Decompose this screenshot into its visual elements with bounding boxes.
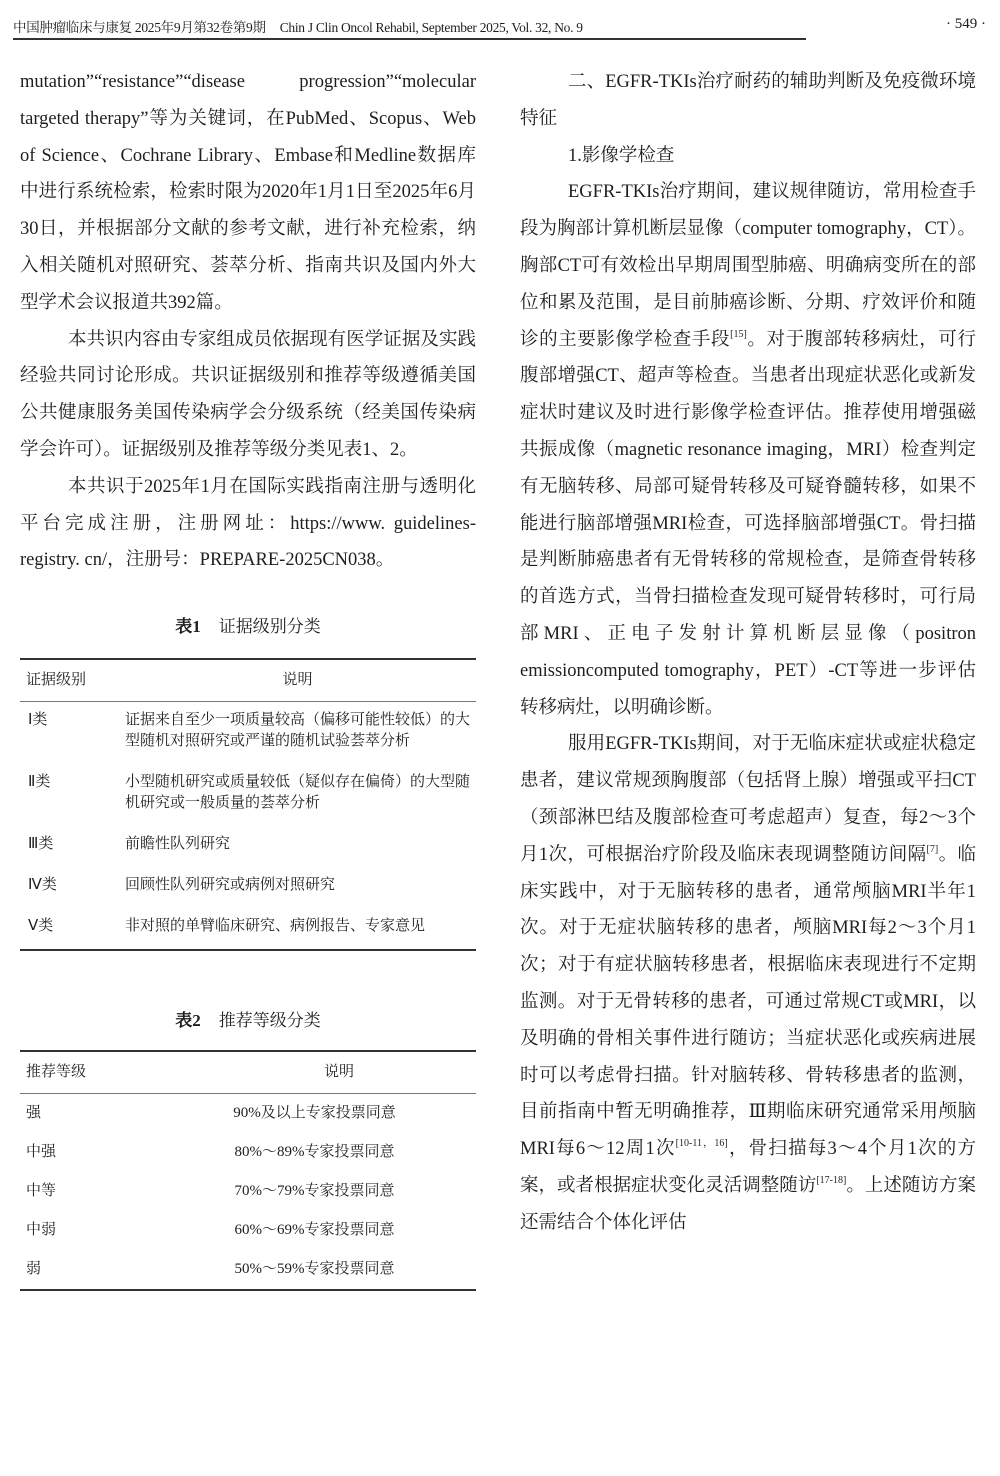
recommendation-grade: 弱 — [20, 1250, 202, 1290]
grade-description: 70%～79%专家投票同意 — [202, 1172, 476, 1211]
column-header: 说明 — [119, 659, 476, 702]
table1-label: 表1 — [175, 617, 201, 636]
table-row: 中弱 60%～69%专家投票同意 — [20, 1211, 476, 1250]
running-header: 中国肿瘤临床与康复 2025年9月第32卷第9期Chin J Clin Onco… — [13, 10, 986, 38]
reference-citation: [17-18] — [816, 1175, 846, 1186]
table-header-row: 推荐等级 说明 — [20, 1051, 476, 1094]
follow-up-paragraph: 服用EGFR-TKIs期间，对于无临床症状或症状稳定患者，建议常规颈胸腹部（包括… — [520, 726, 976, 1241]
evidence-level: Ⅲ类 — [20, 826, 119, 867]
paragraph-text: 。临床实践中，对于无脑转移的患者，通常颅脑MRI半年1次。对于无症状脑转移的患者… — [520, 845, 976, 1159]
table2-title: 推荐等级分类 — [219, 1011, 321, 1030]
recommendation-grade: 中强 — [20, 1133, 202, 1172]
recommendation-grade: 中弱 — [20, 1211, 202, 1250]
grade-description: 80%～89%专家投票同意 — [202, 1133, 476, 1172]
evidence-description: 非对照的单臂临床研究、病例报告、专家意见 — [119, 908, 476, 950]
column-header: 推荐等级 — [20, 1051, 202, 1094]
table-row: 中等 70%～79%专家投票同意 — [20, 1172, 476, 1211]
table-row: Ⅱ类 小型随机研究或质量较低（疑似存在偏倚）的大型随机研究或一般质量的荟萃分析 — [20, 764, 476, 826]
table-row: Ⅴ类 非对照的单臂临床研究、病例报告、专家意见 — [20, 908, 476, 950]
section-heading: 二、EGFR-TKIs治疗耐药的辅助判断及免疫微环境特征 — [520, 64, 976, 138]
grade-description: 50%～59%专家投票同意 — [202, 1250, 476, 1290]
reference-citation: [10-11，16] — [676, 1138, 728, 1149]
evidence-level: Ⅱ类 — [20, 764, 119, 826]
reference-citation: [7] — [927, 844, 939, 855]
reference-citation: [15] — [730, 329, 747, 340]
registration-paragraph: 本共识于2025年1月在国际实践指南注册与透明化平台完成注册，注册网址：http… — [20, 469, 476, 579]
table-row: Ⅳ类 回顾性队列研究或病例对照研究 — [20, 867, 476, 908]
right-column: 二、EGFR-TKIs治疗耐药的辅助判断及免疫微环境特征 1.影像学检查 EGF… — [520, 64, 976, 1242]
evidence-description: 回顾性队列研究或病例对照研究 — [119, 867, 476, 908]
evidence-description: 证据来自至少一项质量较高（偏移可能性较低）的大型随机对照研究或严谨的随机试验荟萃… — [119, 701, 476, 764]
recommendation-grade: 中等 — [20, 1172, 202, 1211]
column-header: 证据级别 — [20, 659, 119, 702]
table-row: 强 90%及以上专家投票同意 — [20, 1093, 476, 1133]
paragraph-text: EGFR-TKIs治疗期间，建议规律随访，常用检查手段为胸部计算机断层显像（co… — [520, 182, 976, 349]
table-row: Ⅰ类 证据来自至少一项质量较高（偏移可能性较低）的大型随机对照研究或严谨的随机试… — [20, 701, 476, 764]
table-row: 弱 50%～59%专家投票同意 — [20, 1250, 476, 1290]
evidence-level: Ⅴ类 — [20, 908, 119, 950]
grading-paragraph: 本共识内容由专家组成员依据现有医学证据及实践经验共同讨论形成。共识证据级别和推荐… — [20, 322, 476, 469]
table2-label: 表2 — [175, 1011, 201, 1030]
imaging-paragraph: EGFR-TKIs治疗期间，建议规律随访，常用检查手段为胸部计算机断层显像（co… — [520, 174, 976, 726]
methods-paragraph: mutation”“resistance”“disease progressio… — [20, 64, 476, 322]
paragraph-text: 服用EGFR-TKIs期间，对于无临床症状或症状稳定患者，建议常规颈胸腹部（包括… — [520, 734, 976, 864]
recommendation-grade: 强 — [20, 1093, 202, 1133]
subsection-heading: 1.影像学检查 — [520, 138, 976, 175]
evidence-level: Ⅰ类 — [20, 701, 119, 764]
journal-name-cn: 中国肿瘤临床与康复 2025年9月第32卷第9期 — [13, 20, 266, 35]
evidence-description: 前瞻性队列研究 — [119, 826, 476, 867]
evidence-level: Ⅳ类 — [20, 867, 119, 908]
table-row: 中强 80%～89%专家投票同意 — [20, 1133, 476, 1172]
journal-citation: 中国肿瘤临床与康复 2025年9月第32卷第9期Chin J Clin Onco… — [13, 16, 806, 40]
left-column: mutation”“resistance”“disease progressio… — [20, 64, 476, 1291]
journal-name-en: Chin J Clin Oncol Rehabil, September 202… — [280, 20, 583, 35]
column-header: 说明 — [202, 1051, 476, 1094]
page-number: · 549 · — [946, 16, 986, 33]
evidence-description: 小型随机研究或质量较低（疑似存在偏倚）的大型随机研究或一般质量的荟萃分析 — [119, 764, 476, 826]
table-header-row: 证据级别 说明 — [20, 659, 476, 702]
grade-description: 90%及以上专家投票同意 — [202, 1093, 476, 1133]
table1-caption: 表1证据级别分类 — [20, 609, 476, 646]
grade-description: 60%～69%专家投票同意 — [202, 1211, 476, 1250]
table-row: Ⅲ类 前瞻性队列研究 — [20, 826, 476, 867]
recommendation-grade-table: 推荐等级 说明 强 90%及以上专家投票同意 中强 80%～89%专家投票同意 … — [20, 1050, 476, 1291]
table2-caption: 表2推荐等级分类 — [20, 1003, 476, 1040]
paragraph-text: 。对于腹部转移病灶，可行腹部增强CT、超声等检查。当患者出现症状恶化或新发症状时… — [520, 330, 976, 718]
evidence-level-table: 证据级别 说明 Ⅰ类 证据来自至少一项质量较高（偏移可能性较低）的大型随机对照研… — [20, 658, 476, 951]
table1-title: 证据级别分类 — [219, 617, 321, 636]
